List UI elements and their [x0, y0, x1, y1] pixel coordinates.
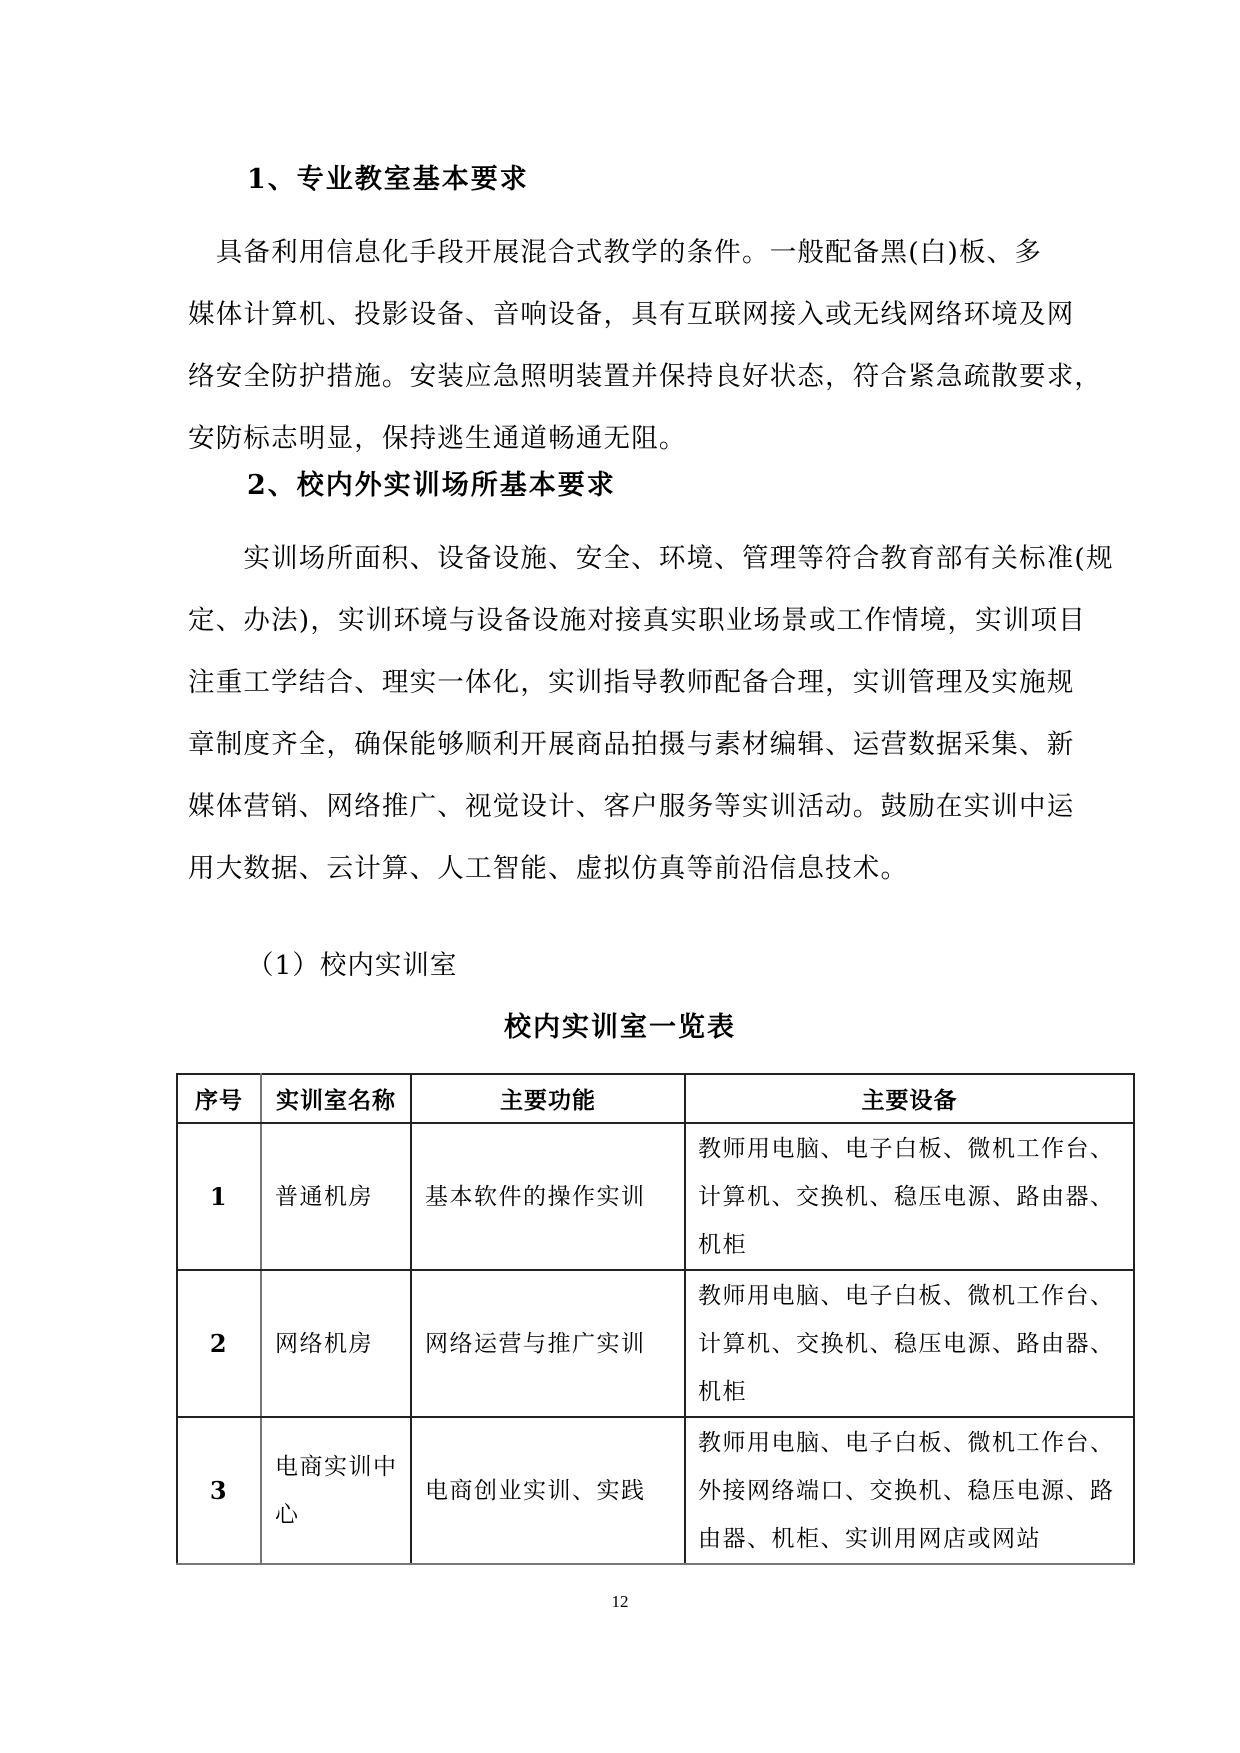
paragraph-training-site-requirements: 实训场所面积、设备设施、安全、环境、管理等符合教育部有关标准(规 定、办法)，实…: [188, 528, 1132, 900]
cell-lab-name: 普通机房: [261, 1123, 411, 1270]
paragraph-line: 安防标志明显，保持逃生通道畅通无阻。: [188, 408, 1132, 470]
document-page: 1、专业教室基本要求 具备利用信息化手段开展混合式教学的条件。一般配备黑(白)板…: [0, 0, 1240, 1753]
cell-serial-no: 2: [177, 1270, 261, 1417]
table-row: 1 普通机房 基本软件的操作实训 教师用电脑、电子白板、微机工作台、计算机、交换…: [177, 1123, 1134, 1270]
section-heading-training-sites: 2、校内外实训场所基本要求: [247, 468, 616, 504]
cell-lab-name: 网络机房: [261, 1270, 411, 1417]
cell-main-equipment: 教师用电脑、电子白板、微机工作台、外接网络端口、交换机、稳压电源、路由器、机柜、…: [685, 1417, 1134, 1564]
paragraph-line: 络安全防护措施。安装应急照明装置并保持良好状态，符合紧急疏散要求，: [188, 346, 1132, 408]
paragraph-line: 注重工学结合、理实一体化，实训指导教师配备合理，实训管理及实施规: [188, 652, 1132, 714]
table-row: 3 电商实训中心 电商创业实训、实践 教师用电脑、电子白板、微机工作台、外接网络…: [177, 1417, 1134, 1564]
cell-serial-no: 3: [177, 1417, 261, 1564]
table-header-row: 序号 实训室名称 主要功能 主要设备: [177, 1074, 1134, 1123]
paragraph-line: 实训场所面积、设备设施、安全、环境、管理等符合教育部有关标准(规: [188, 528, 1132, 590]
cell-serial-no: 1: [177, 1123, 261, 1270]
section-heading-classroom: 1、专业教室基本要求: [247, 162, 529, 198]
paragraph-line: 具备利用信息化手段开展混合式教学的条件。一般配备黑(白)板、多: [188, 222, 1132, 284]
table-row: 2 网络机房 网络运营与推广实训 教师用电脑、电子白板、微机工作台、计算机、交换…: [177, 1270, 1134, 1417]
subsection-heading-onsite-labs: （1）校内实训室: [247, 948, 457, 984]
paragraph-line: 媒体计算机、投影设备、音响设备，具有互联网接入或无线网络环境及网: [188, 284, 1132, 346]
page-number: 12: [0, 1592, 1240, 1612]
paragraph-line: 用大数据、云计算、人工智能、虚拟仿真等前沿信息技术。: [188, 838, 1132, 900]
table-title: 校内实训室一览表: [0, 1010, 1240, 1046]
paragraph-line: 媒体营销、网络推广、视觉设计、客户服务等实训活动。鼓励在实训中运: [188, 776, 1132, 838]
cell-main-function: 网络运营与推广实训: [411, 1270, 685, 1417]
cell-main-equipment: 教师用电脑、电子白板、微机工作台、计算机、交换机、稳压电源、路由器、机柜: [685, 1270, 1134, 1417]
paragraph-line: 定、办法)，实训环境与设备设施对接真实职业场景或工作情境，实训项目: [188, 590, 1132, 652]
onsite-lab-table: 序号 实训室名称 主要功能 主要设备 1 普通机房 基本软件的操作实训 教师用电…: [176, 1073, 1135, 1565]
header-main-equipment: 主要设备: [685, 1074, 1134, 1123]
paragraph-line: 章制度齐全，确保能够顺利开展商品拍摄与素材编辑、运营数据采集、新: [188, 714, 1132, 776]
cell-main-function: 基本软件的操作实训: [411, 1123, 685, 1270]
header-main-function: 主要功能: [411, 1074, 685, 1123]
cell-main-equipment: 教师用电脑、电子白板、微机工作台、计算机、交换机、稳压电源、路由器、机柜: [685, 1123, 1134, 1270]
paragraph-classroom-requirements: 具备利用信息化手段开展混合式教学的条件。一般配备黑(白)板、多 媒体计算机、投影…: [188, 222, 1132, 470]
header-serial-no: 序号: [177, 1074, 261, 1123]
cell-main-function: 电商创业实训、实践: [411, 1417, 685, 1564]
cell-lab-name: 电商实训中心: [261, 1417, 411, 1564]
header-lab-name: 实训室名称: [261, 1074, 411, 1123]
